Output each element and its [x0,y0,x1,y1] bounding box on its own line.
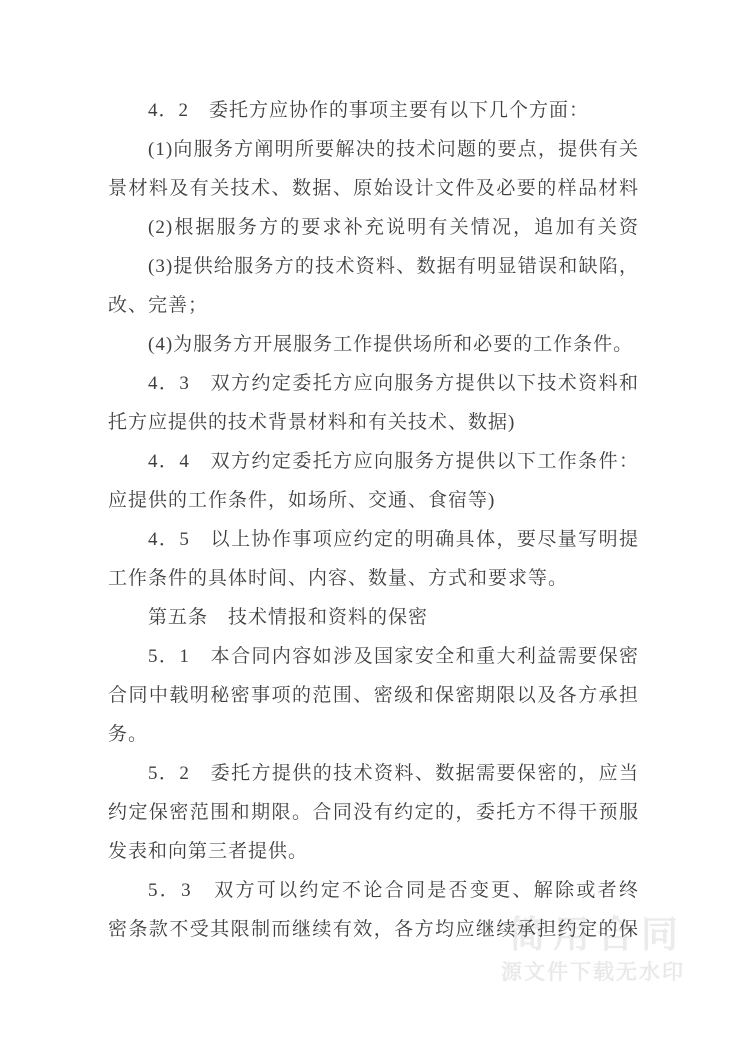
document-line: (2)根据服务方的要求补充说明有关情况，追加有关资料、数据； [108,208,639,247]
document-line: 4．3 双方约定委托方应向服务方提供以下技术资料和数据:(委 [108,364,639,403]
document-line: 约定保密范围和期限。合同没有约定的，委托方不得干预服务方引用、 [108,793,639,832]
contract-body: 4．2 委托方应协作的事项主要有以下几个方面：(1)向服务方阐明所要解决的技术问… [108,91,639,949]
document-line: 发表和向第三者提供。 [108,832,639,871]
document-line: 工作条件的具体时间、内容、数量、方式和要求等。 [108,559,639,598]
document-line: 第五条 技术情报和资料的保密 [108,598,639,637]
document-line: 5．3 双方可以约定不论合同是否变更、解除或者终止，合同保 [108,871,639,910]
watermark-tagline: 源文件下载无水印 [501,958,685,988]
document-line: 5．2 委托方提供的技术资料、数据需要保密的，应当在合同中 [108,754,639,793]
document-line: 密条款不受其限制而继续有效，各方均应继续承担约定的保密义务。 [108,910,639,949]
document-line: 应提供的工作条件，如场所、交通、食宿等) [108,481,639,520]
document-line: 务。 [108,715,639,754]
document-line: 景材料及有关技术、数据、原始设计文件及必要的样品材料等； [108,169,639,208]
document-line: 4．5 以上协作事项应约定的明确具体，要尽量写明提供资料及 [108,520,639,559]
document-line: (4)为服务方开展服务工作提供场所和必要的工作条件。 [108,325,639,364]
document-line: 改、完善； [108,286,639,325]
document-line: 4．2 委托方应协作的事项主要有以下几个方面： [108,91,639,130]
document-line: 托方应提供的技术背景材料和有关技术、数据) [108,403,639,442]
document-line: 5．1 本合同内容如涉及国家安全和重大利益需要保密的，应在 [108,637,639,676]
document-line: 4．4 双方约定委托方应向服务方提供以下工作条件：(委托方 [108,442,639,481]
document-line: 合同中载明秘密事项的范围、密级和保密期限以及各方承担的保密义 [108,676,639,715]
contract-page: 4．2 委托方应协作的事项主要有以下几个方面：(1)向服务方阐明所要解决的技术问… [0,0,742,1049]
document-line: (3)提供给服务方的技术资料、数据有明显错误和缺陷，应及时修 [108,247,639,286]
document-line: (1)向服务方阐明所要解决的技术问题的要点，提供有关技术背 [108,130,639,169]
